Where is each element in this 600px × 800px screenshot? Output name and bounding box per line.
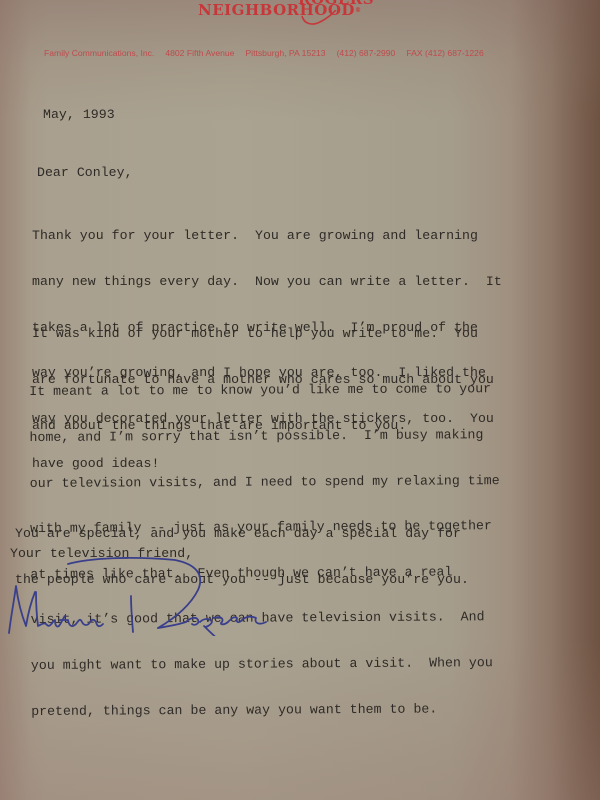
text-line: home, and I’m sorry that isn’t possible.… xyxy=(29,427,499,445)
text-line: pretend, things can be any way you want … xyxy=(31,701,501,719)
fax-number: FAX (412) 687-1226 xyxy=(406,48,483,58)
street-address: 4802 Fifth Avenue xyxy=(165,48,234,58)
paper-shadow-left xyxy=(0,0,30,800)
company-name: Family Communications, Inc. xyxy=(44,48,154,58)
text-line: It was kind of your mother to help you w… xyxy=(32,326,494,341)
letterhead-logo: ROGERS NEIGHBORHOOD® xyxy=(198,0,438,32)
letter-salutation: Dear Conley, xyxy=(37,165,133,180)
logo-swash-icon xyxy=(298,10,358,30)
handwritten-signature-icon xyxy=(0,556,300,636)
text-line: many new things every day. Now you can w… xyxy=(32,274,502,289)
letter-date: May, 1993 xyxy=(43,107,115,122)
text-line: our television visits, and I need to spe… xyxy=(30,473,500,491)
letterhead-address: Family Communications, Inc.4802 Fifth Av… xyxy=(44,48,495,58)
phone-number: (412) 687-2990 xyxy=(337,48,396,58)
text-line: You are special, and you make each day a… xyxy=(15,526,469,541)
text-line: Thank you for your letter. You are growi… xyxy=(32,228,502,243)
text-line: It meant a lot to me to know you’d like … xyxy=(29,382,499,400)
city-state-zip: Pittsburgh, PA 15213 xyxy=(245,48,325,58)
paper-shadow-right xyxy=(510,0,600,800)
text-line: you might want to make up stories about … xyxy=(31,655,501,673)
